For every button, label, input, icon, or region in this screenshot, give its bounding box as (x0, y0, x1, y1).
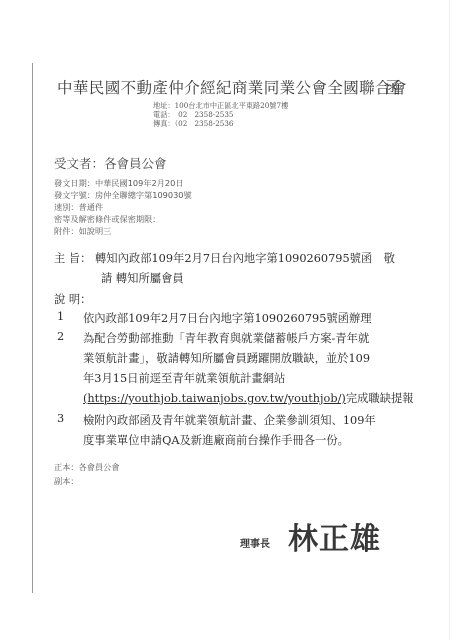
item-2-line-3: 年3月15日前逕至青年就業領航計畫網站 (83, 370, 285, 386)
item-number-1: 1 (57, 310, 64, 323)
attachment: 附件：如說明三 (54, 226, 111, 237)
item-1-line-1: 依內政部109年2月7日台內地字第1090260795號函辦理 (83, 310, 372, 326)
duplicate-copy: 副本： (54, 476, 79, 487)
document-type: 函 (385, 76, 401, 98)
address-line: 地址：100台北市中正區北平東路20號7樓 (153, 101, 288, 110)
original-copy: 正本：各會員公會 (54, 462, 120, 473)
phone-line: 電話： 02 2358-2535 (153, 110, 234, 119)
signatory-title: 理事長 (240, 535, 270, 550)
delivery-speed: 速別：普通件 (54, 202, 103, 213)
subject-line-1: 轉知內政部109年2月7日台內地字第1090260795號函 敬 (95, 250, 395, 266)
issue-date: 發文日期：中華民國109年2月20日 (54, 178, 184, 189)
recipient: 受文者：各會員公會 (54, 154, 167, 172)
item-2-url-suffix: 完成職缺提報 (346, 392, 414, 405)
subject-line-2: 請 轉知所屬會員 (101, 270, 184, 286)
item-3-line-2: 度事業單位申請QA及新進廠商前台操作手冊各一份。 (83, 432, 349, 448)
item-3-line-1: 檢附內政部函及青年就業領航計畫、企業參訓須知、109年 (83, 412, 376, 428)
subject-label: 主 旨： (54, 250, 91, 266)
explanation-label: 說 明： (54, 291, 91, 307)
organization-title: 中華民國不動產仲介經紀商業同業公會全國聯合會 (57, 76, 407, 98)
item-number-3: 3 (57, 412, 64, 425)
page-right-edge (449, 0, 450, 640)
secrecy-level: 密等及解密條件或保密期限： (54, 214, 160, 225)
signatory-name: 林正雄 (288, 514, 381, 558)
item-2-line-1: 為配合勞動部推動「青年教育與就業儲蓄帳戶方案-青年就 (83, 330, 369, 346)
item-2-url-line: (https://youthjob.taiwanjobs.gov.tw/yout… (83, 390, 414, 406)
page-left-edge (32, 63, 33, 593)
fax-line: 傳真：（02 2358-2536 (153, 119, 234, 128)
youthjob-link[interactable]: (https://youthjob.taiwanjobs.gov.tw/yout… (83, 392, 346, 405)
document-number: 發文字號：房仲全聯總字第109030號 (54, 190, 192, 201)
item-2-line-2: 業領航計畫」，敬請轉知所屬會員踴躍開放職缺，並於109 (83, 350, 370, 366)
item-number-2: 2 (57, 330, 64, 343)
